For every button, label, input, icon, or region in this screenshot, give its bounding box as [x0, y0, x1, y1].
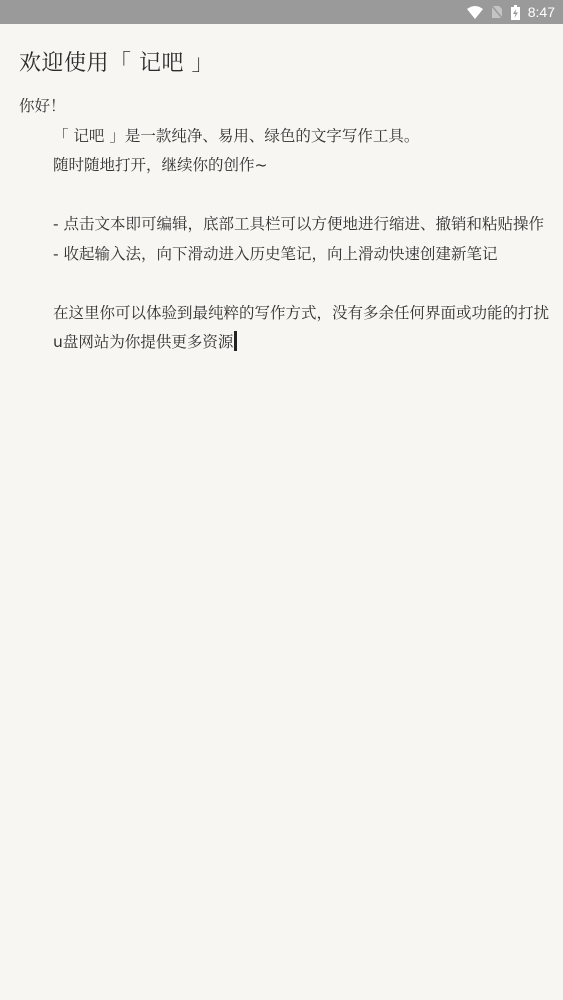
note-page: 欢迎使用「 记吧 」 你好！ 「 记吧 」是一款纯净、易用、绿色的文字写作工具。… — [0, 24, 563, 1000]
note-line[interactable]: 你好！ — [19, 92, 549, 122]
note-line[interactable]: 「 记吧 」是一款纯净、易用、绿色的文字写作工具。 — [19, 122, 549, 152]
note-line[interactable]: - 点击文本即可编辑，底部工具栏可以方便地进行缩进、撤销和粘贴操作 — [19, 210, 549, 240]
note-line[interactable]: - 收起输入法，向下滑动进入历史笔记，向上滑动快速创建新笔记 — [19, 240, 549, 270]
status-bar: 8:47 — [0, 0, 563, 24]
note-line-empty[interactable] — [19, 269, 549, 299]
wifi-icon — [467, 6, 483, 19]
note-line[interactable]: 随时随地打开，继续你的创作~ — [19, 151, 549, 181]
clock: 8:47 — [528, 4, 555, 20]
note-line-empty[interactable] — [19, 181, 549, 211]
battery-charging-icon — [511, 5, 520, 20]
note-line-last[interactable]: u盘网站为你提供更多资源 — [19, 328, 549, 358]
text-cursor — [234, 331, 237, 351]
note-line[interactable]: 在这里你可以体验到最纯粹的写作方式，没有多余任何界面或功能的打扰 — [19, 299, 549, 329]
note-title[interactable]: 欢迎使用「 记吧 」 — [19, 46, 214, 77]
note-editor[interactable]: 你好！ 「 记吧 」是一款纯净、易用、绿色的文字写作工具。 随时随地打开，继续你… — [19, 92, 549, 358]
no-sim-icon — [491, 5, 503, 19]
note-line-text: u盘网站为你提供更多资源 — [53, 333, 233, 351]
